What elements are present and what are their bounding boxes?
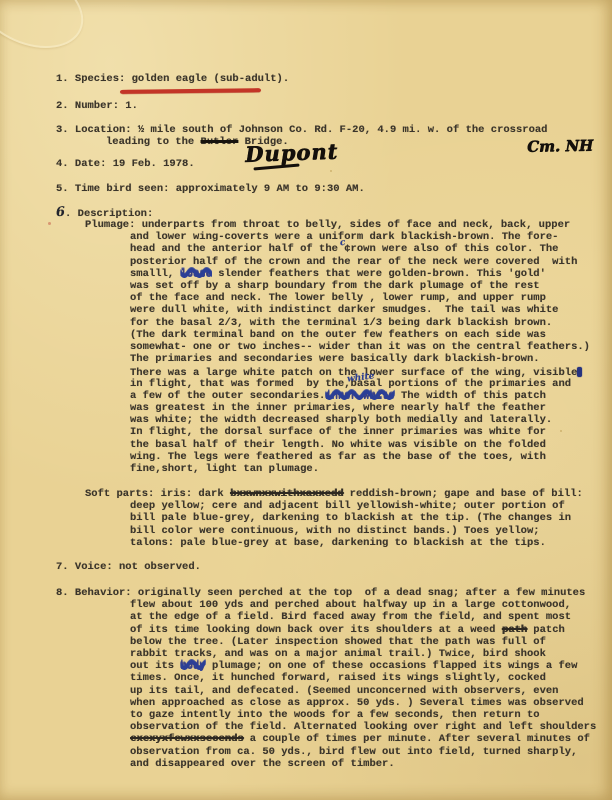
typed-text: patch xyxy=(527,624,565,636)
pen-strikeout: body xyxy=(180,660,205,672)
typed-text: was set off by a sharp boundary from the… xyxy=(130,280,540,292)
typed-line: 7. Voice: not observed. xyxy=(56,561,201,573)
typed-line: Plumage: underparts from throat to belly… xyxy=(85,219,570,231)
typed-line: observation of the field. Alternated loo… xyxy=(130,721,596,733)
typed-line: was white; the width decreased sharply b… xyxy=(130,414,552,426)
typed-text: were dull white, with indistinct darker … xyxy=(130,304,558,316)
typed-text: up its tail, and defecated. (Seemed unco… xyxy=(130,685,558,697)
typed-text: head and the anterior half of the xyxy=(130,243,344,255)
typed-text: reddish-brown; gape and base of bill: xyxy=(343,488,582,500)
typed-text: for the basal 2/3, with the terminal 1/3… xyxy=(130,317,552,329)
ink-blot xyxy=(577,367,582,377)
paper-speck xyxy=(330,170,332,172)
typed-line: 3. Location: ½ mile south of Johnson Co.… xyxy=(56,124,547,136)
typed-line: times. Once, it hunched forward, raised … xyxy=(130,672,546,684)
typed-line: and disappeared over the screen of timbe… xyxy=(130,758,395,770)
typed-text: 5. Time bird seen: approximately 9 AM to… xyxy=(56,183,365,195)
typed-text: rabbit tracks, and was on a major animal… xyxy=(130,648,546,660)
typed-text: slender feathers that were golden-brown.… xyxy=(212,268,546,280)
typed-text: observation from ca. 50 yds., bird flew … xyxy=(130,746,577,758)
typed-line: to gaze intently into the woods for a fe… xyxy=(130,709,540,721)
typed-line: was set off by a sharp boundary from the… xyxy=(130,280,540,292)
typed-line: exexyxfewxxsecends a couple of times per… xyxy=(130,733,590,745)
typed-text: a few of the outer secondaries. xyxy=(130,390,325,402)
typed-text: of the face and neck. The lower belly , … xyxy=(130,292,546,304)
typed-text: (The dark terminal band on the outer few… xyxy=(130,329,546,341)
typed-text: talons: pale blue-grey at base, darkenin… xyxy=(130,537,546,549)
typed-line: rabbit tracks, and was on a major animal… xyxy=(130,648,546,660)
handwritten-corner-note: Cm. NH xyxy=(527,136,593,155)
typed-text: bill color were continuous, with no dist… xyxy=(130,525,540,537)
typed-text: and disappeared over the screen of timbe… xyxy=(130,758,395,770)
typed-line: head and the anterior half of the c¢rown… xyxy=(130,243,559,255)
typed-text: of its time looking down back over its s… xyxy=(130,624,502,636)
typed-text: Soft parts: iris: dark xyxy=(85,488,230,500)
typed-text: smalll, xyxy=(130,268,180,280)
typed-line: deep yellow; cere and adjacent bill yell… xyxy=(130,500,565,512)
typed-text: to gaze intently into the woods for a fe… xyxy=(130,709,540,721)
typed-line: 4. Date: 19 Feb. 1978. xyxy=(56,158,195,170)
typed-line: posterior half of the crown and the rear… xyxy=(130,256,577,268)
paper-speck xyxy=(560,430,562,432)
typed-line: (The dark terminal band on the outer few… xyxy=(130,329,546,341)
typed-line: of the face and neck. The lower belly , … xyxy=(130,292,546,304)
typed-text: In flight, the dorsal surface of the inn… xyxy=(130,426,546,438)
typed-text: 8. Behavior: originally seen perched at … xyxy=(56,587,585,599)
typed-text: below the tree. (Later inspection showed… xyxy=(130,636,546,648)
typed-text: plumage; on one of these occasions flapp… xyxy=(206,660,578,672)
typed-text: fine,short, light tan plumage. xyxy=(130,463,319,475)
typed-text: flew about 100 yds and perched about hal… xyxy=(130,599,571,611)
typed-line: flew about 100 yds and perched about hal… xyxy=(130,599,571,611)
handwritten-section-number: 6 xyxy=(55,205,65,221)
document-page: 1. Species: golden eagle (sub-adult).2. … xyxy=(0,0,612,800)
typed-text: was greatest in the inner primaries, whe… xyxy=(130,402,546,414)
typed-line: 2. Number: 1. xyxy=(56,100,138,112)
typed-text: 2. Number: 1. xyxy=(56,100,138,112)
typed-strikeout: exexyxfewxxsecends xyxy=(130,733,243,745)
typed-line: The primaries and secondaries were basic… xyxy=(130,353,540,365)
typed-text: The primaries and secondaries were basic… xyxy=(130,353,540,365)
typed-line: for the basal 2/3, with the terminal 1/3… xyxy=(130,317,552,329)
typed-line: smalll, loose slender feathers that were… xyxy=(130,268,546,280)
typed-text: posterior half of the crown and the rear… xyxy=(130,256,577,268)
typed-line: fine,short, light tan plumage. xyxy=(130,463,319,475)
typed-line: when approached as close as approx. 50 y… xyxy=(130,697,584,709)
typed-line: wing. The legs were feathered as far as … xyxy=(130,451,546,463)
typed-text: a couple of times per minute. After seve… xyxy=(243,733,590,745)
paper-crease xyxy=(0,0,96,64)
typed-line: talons: pale blue-grey at base, darkenin… xyxy=(130,537,546,549)
typed-text: somewhat- one or two inches-- wider than… xyxy=(130,341,590,353)
typed-line: out its body plumage; on one of these oc… xyxy=(130,660,577,672)
typed-text: 3. Location: ½ mile south of Johnson Co.… xyxy=(56,124,547,136)
typed-line: 6. Description: xyxy=(56,205,153,220)
typed-text: at the edge of a field. Bird faced away … xyxy=(130,611,571,623)
paper-speck xyxy=(48,222,51,225)
typed-line: of its time looking down back over its s… xyxy=(130,624,565,636)
typed-line: bill pale blue-grey, darkening to blacki… xyxy=(130,512,571,524)
typed-text: 4. Date: 19 Feb. 1978. xyxy=(56,158,195,170)
pen-strikeout: inner white xyxy=(325,390,394,402)
typed-line: 1. Species: golden eagle (sub-adult). xyxy=(56,73,289,85)
typed-text: leading to the xyxy=(106,136,201,148)
typed-text: The width of this patch xyxy=(395,390,546,402)
typed-line: 5. Time bird seen: approximately 9 AM to… xyxy=(56,183,365,195)
typed-text: 7. Voice: not observed. xyxy=(56,561,201,573)
typed-line: the basal half of their length. No white… xyxy=(130,439,546,451)
typed-text: in flight, that was formed by the, xyxy=(130,378,351,390)
typed-line: 8. Behavior: originally seen perched at … xyxy=(56,587,585,599)
typed-text: ¢rown were also of this color. The xyxy=(344,243,558,255)
typed-line: were dull white, with indistinct darker … xyxy=(130,304,558,316)
typed-line: a few of the outer secondaries.inner whi… xyxy=(130,390,546,402)
typed-text: deep yellow; cere and adjacent bill yell… xyxy=(130,500,565,512)
typed-strikeout: path xyxy=(502,624,527,636)
typed-line: was greatest in the inner primaries, whe… xyxy=(130,402,546,414)
typed-line: up its tail, and defecated. (Seemed unco… xyxy=(130,685,558,697)
typed-text: observation of the field. Alternated loo… xyxy=(130,721,596,733)
typed-text: 1. Species: golden eagle (sub-adult). xyxy=(56,73,289,85)
typed-strikeout: bxxwnxxwithxaxxedd xyxy=(230,488,343,500)
typed-line: In flight, the dorsal surface of the inn… xyxy=(130,426,546,438)
marker-strikeout: Butler xyxy=(201,136,239,148)
handwritten-correction-dupont: Dupont xyxy=(245,138,339,166)
typed-text: basal portions of the primaries and xyxy=(351,378,572,390)
typed-line: somewhat- one or two inches-- wider than… xyxy=(130,341,590,353)
pen-strikeout: loose xyxy=(180,268,212,280)
typed-text: the basal half of their length. No white… xyxy=(130,439,546,451)
typed-text: times. Once, it hunched forward, raised … xyxy=(130,672,546,684)
typed-line: Soft parts: iris: dark bxxwnxxwithxaxxed… xyxy=(85,488,583,500)
typed-text: was white; the width decreased sharply b… xyxy=(130,414,552,426)
typed-text: when approached as close as approx. 50 y… xyxy=(130,697,584,709)
typed-line: in flight, that was formed by the,whiteb… xyxy=(130,378,571,390)
typed-line: observation from ca. 50 yds., bird flew … xyxy=(130,746,577,758)
typed-text: bill pale blue-grey, darkening to blacki… xyxy=(130,512,571,524)
typed-line: below the tree. (Later inspection showed… xyxy=(130,636,546,648)
typed-text: wing. The legs were feathered as far as … xyxy=(130,451,546,463)
typed-line: bill color were continuous, with no dist… xyxy=(130,525,540,537)
typed-text: Plumage: underparts from throat to belly… xyxy=(85,219,570,231)
typed-line: at the edge of a field. Bird faced away … xyxy=(130,611,571,623)
typed-text: out its xyxy=(130,660,180,672)
red-underline-annotation xyxy=(120,88,261,93)
